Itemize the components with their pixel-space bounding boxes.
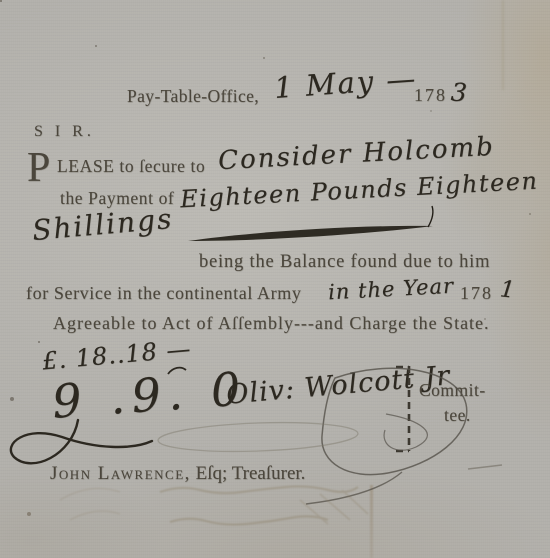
paper-specks: [0, 0, 2, 2]
service-line: for Service in the continental Army: [26, 283, 301, 304]
service-year-printed: 178: [460, 283, 493, 304]
bleed-through-marks: [60, 486, 368, 524]
dateline-office: Pay-Table-Office,: [127, 86, 259, 107]
ink-dash-flourish: [188, 226, 433, 241]
payee-handwritten: Consider Holcomb: [217, 132, 495, 176]
balance-line: being the Balance found due to him: [199, 252, 490, 273]
committee-label-line1: Commit-: [419, 380, 486, 401]
pencil-oval-tail: [306, 472, 402, 504]
paper-crease: [502, 0, 504, 90]
dropcap-p: P: [27, 147, 50, 189]
treasurer-line: John Lawrence, Eſq; Treaſurer.: [50, 463, 305, 485]
ink-dash-upstroke: [428, 206, 433, 227]
treasurer-title: Eſq; Treaſurer.: [191, 463, 306, 484]
amount-words-line2-handwritten: Shillings: [31, 202, 175, 247]
light-pencil-ellipse: [158, 420, 359, 455]
please-line: LEASE to ſecure to: [57, 156, 205, 177]
committee-signature-handwritten: Oliv: Wolcott Jr: [225, 360, 451, 410]
treasurer-name: John Lawrence,: [50, 463, 191, 484]
faint-dash-mark: [468, 465, 502, 469]
dateline-date-handwritten: 1 May —: [273, 61, 418, 105]
dateline-year-printed: 178: [414, 85, 447, 106]
service-year-handwritten: in the Year: [327, 274, 454, 305]
assembly-line: Agreeable to Act of Aſſembly---and Charg…: [53, 313, 490, 334]
dateline-year-digit-handwritten: 3: [450, 77, 468, 107]
service-year-digit-handwritten: 1: [499, 276, 516, 303]
scanned-pay-table-document: Pay-Table-Office, 1 May — 178 3 S I R. P…: [0, 0, 550, 558]
signature-loop-flourish: [384, 414, 427, 450]
paper-crease: [370, 485, 373, 558]
committee-label-line2: tee.: [444, 405, 471, 426]
salutation: S I R.: [34, 123, 95, 141]
